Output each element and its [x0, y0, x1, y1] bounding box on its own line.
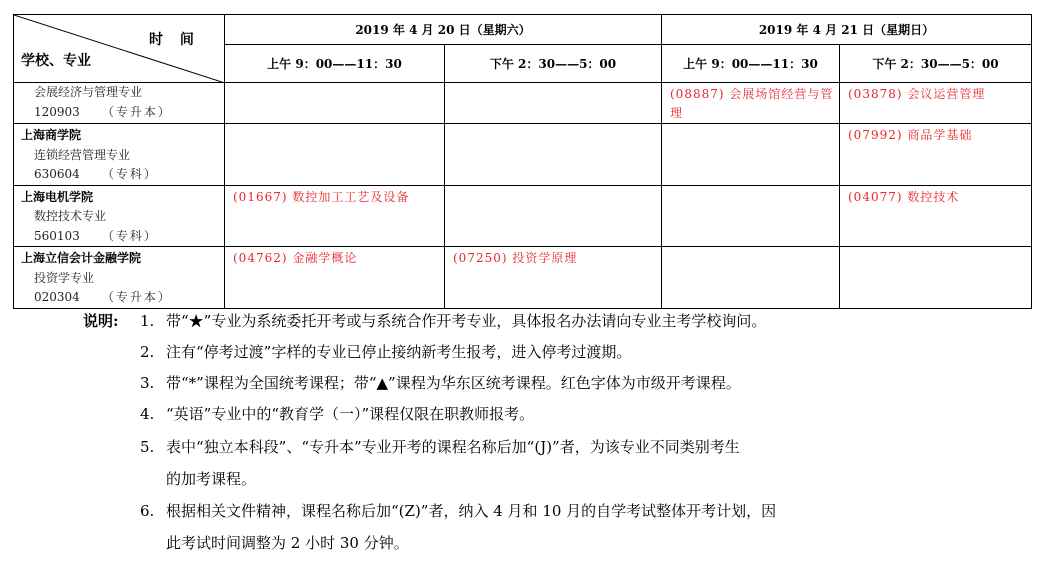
header-time-label: 时 间	[149, 29, 200, 49]
course-cell: (07250) 投资学原理	[445, 247, 662, 309]
major-name: 投资学专业	[21, 269, 224, 289]
major-name: 连锁经营管理专业	[21, 146, 224, 166]
note-item-2: 2.注有“停考过渡”字样的专业已停止接纳新考生报考，进入停考过渡期。	[140, 341, 631, 362]
time-slot-header: 上午 9：00——11：30	[662, 45, 840, 83]
major-name: 数控技术专业	[21, 207, 224, 227]
diagonal-divider	[14, 15, 225, 83]
table-row: 会展经济与管理专业 120903（专升本） (08887) 会展场馆经营与管理 …	[14, 83, 1032, 124]
school-major-cell: 上海立信会计金融学院 投资学专业 020304（专升本）	[14, 247, 225, 309]
school-name: 上海立信会计金融学院	[21, 249, 224, 269]
notes-label: 说明:	[83, 310, 119, 331]
course-cell: (04762) 金融学概论	[225, 247, 445, 309]
major-code: 560103（专科）	[21, 227, 224, 247]
course-cell: (03878) 会议运营管理	[840, 83, 1032, 124]
course-cell	[662, 124, 840, 186]
time-slot-header: 上午 9：00——11：30	[225, 45, 445, 83]
note-item-1: 1.带“★”专业为系统委托开考或与系统合作开考专业，具体报名办法请向专业主考学校…	[140, 310, 766, 331]
time-slot-header: 下午 2：30——5：00	[445, 45, 662, 83]
course-cell: (01667) 数控加工工艺及设备	[225, 185, 445, 247]
note-item-3: 3.带“*”课程为全国统考课程；带“▲”课程为华东区统考课程。红色字体为市级开考…	[140, 372, 741, 393]
course-cell	[225, 124, 445, 186]
school-major-cell: 上海电机学院 数控技术专业 560103（专科）	[14, 185, 225, 247]
major-level: （专升本）	[102, 290, 172, 304]
time-slot-header: 下午 2：30——5：00	[840, 45, 1032, 83]
course-cell: (04077) 数控技术	[840, 185, 1032, 247]
header-corner-cell: 时 间 学校、专业	[14, 15, 225, 83]
date-header-apr21: 2019 年 4 月 21 日（星期日）	[662, 15, 1032, 45]
school-name: 上海商学院	[21, 126, 224, 146]
major-code: 630604（专科）	[21, 165, 224, 185]
note-item-6-cont: 此考试时间调整为 2 小时 30 分钟。	[166, 532, 409, 553]
major-code: 020304（专升本）	[21, 288, 224, 308]
course-cell: (07992) 商品学基础	[840, 124, 1032, 186]
course-cell: (08887) 会展场馆经营与管理	[662, 83, 840, 124]
header-school-label: 学校、专业	[21, 50, 91, 70]
date-header-apr20: 2019 年 4 月 20 日（星期六）	[225, 15, 662, 45]
note-item-4: 4.“英语”专业中的“教育学（一）”课程仅限在职教师报考。	[140, 403, 534, 424]
course-cell	[445, 185, 662, 247]
school-major-cell: 上海商学院 连锁经营管理专业 630604（专科）	[14, 124, 225, 186]
school-name: 上海电机学院	[21, 188, 224, 208]
table-row: 上海电机学院 数控技术专业 560103（专科） (01667) 数控加工工艺及…	[14, 185, 1032, 247]
major-level: （专科）	[102, 229, 158, 243]
course-cell	[445, 83, 662, 124]
note-item-5-cont: 的加考课程。	[166, 468, 256, 489]
course-cell	[662, 247, 840, 309]
course-cell	[662, 185, 840, 247]
major-name: 会展经济与管理专业	[21, 83, 224, 103]
school-major-cell: 会展经济与管理专业 120903（专升本）	[14, 83, 225, 124]
note-item-5: 5.表中“独立本科段”、“专升本”专业开考的课程名称后加“(J)”者，为该专业不…	[140, 436, 740, 457]
major-level: （专科）	[102, 167, 158, 181]
exam-schedule-table: 时 间 学校、专业 2019 年 4 月 20 日（星期六） 2019 年 4 …	[13, 14, 1032, 309]
course-cell	[445, 124, 662, 186]
note-item-6: 6.根据相关文件精神，课程名称后加“(Z)”者，纳入 4 月和 10 月的自学考…	[140, 500, 776, 521]
major-level: （专升本）	[102, 105, 172, 119]
course-cell	[225, 83, 445, 124]
table-row: 上海商学院 连锁经营管理专业 630604（专科） (07992) 商品学基础	[14, 124, 1032, 186]
major-code: 120903（专升本）	[21, 103, 224, 123]
course-cell	[840, 247, 1032, 309]
table-row: 上海立信会计金融学院 投资学专业 020304（专升本） (04762) 金融学…	[14, 247, 1032, 309]
